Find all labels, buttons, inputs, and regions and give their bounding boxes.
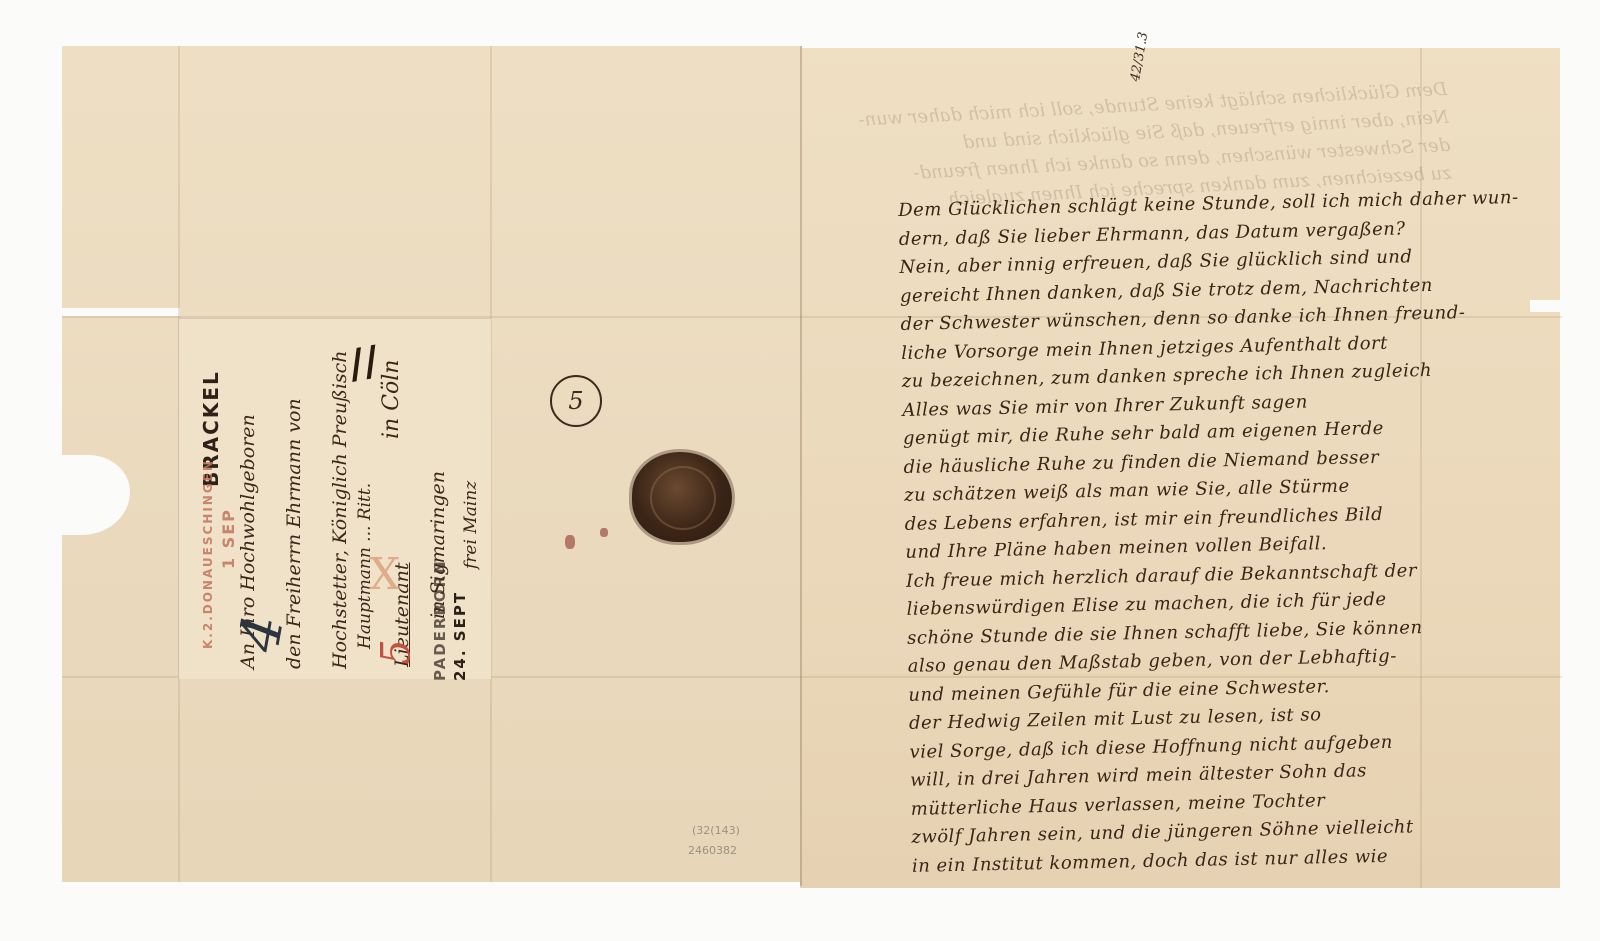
circled-number: 5	[568, 387, 583, 415]
seal-emblem	[650, 466, 716, 530]
postmark-paderborn: PADERBORN	[431, 559, 449, 681]
red-wax-spot	[600, 528, 608, 537]
address-line: frei Mainz	[461, 481, 481, 569]
postmark-donaueschingen: K.2.DONAUESCHINGEN	[201, 459, 215, 649]
letter-body: Dem Glücklichen schlägt keine Stunde, so…	[898, 187, 1552, 884]
postmark-date-red: 1 SEP	[219, 508, 238, 569]
wax-seal	[632, 452, 732, 542]
red-numeral-mark: 5	[374, 639, 420, 664]
address-line: in Cöln	[379, 360, 404, 439]
archive-pencil-label: 2460382	[688, 844, 737, 857]
red-cross-mark: X	[369, 549, 400, 600]
red-wax-spot	[565, 535, 575, 549]
torn-edge-gap	[40, 308, 180, 316]
address-line: Hochstetter, Königlich Preußisch	[329, 350, 351, 669]
archive-pencil-label: (32(143)	[692, 824, 740, 837]
circled-number-mark: 5	[550, 375, 602, 427]
fold-line	[800, 46, 802, 886]
postmark-date-black: 24. SEPT	[451, 591, 469, 681]
address-panel: BRACKEL K.2.DONAUESCHINGEN 1 SEP An Ihro…	[178, 318, 491, 679]
